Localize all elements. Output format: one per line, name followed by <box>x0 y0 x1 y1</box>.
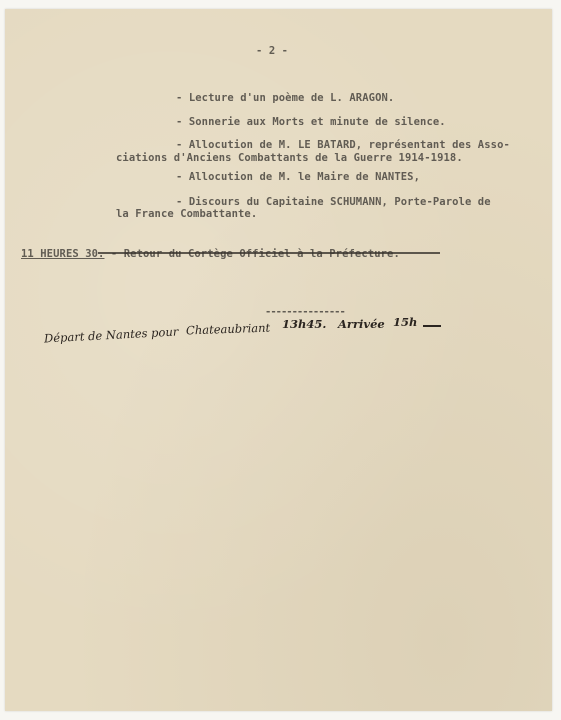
time-entry-text: - Retour du Cortège Officiel à la Préfec… <box>104 248 399 260</box>
handwritten-destination: Chateaubriant <box>186 321 271 338</box>
program-item-continued: la France Combattante. <box>116 208 257 220</box>
handwritten-depart-time: 13h45. <box>282 317 326 331</box>
program-item-continued: ciations d'Anciens Combattants de la Gue… <box>116 152 463 164</box>
handwritten-dash <box>423 325 441 327</box>
program-item: - Allocution de M. le Maire de NANTES, <box>176 171 420 183</box>
page-number: - 2 - <box>256 45 288 57</box>
document-page <box>5 9 552 711</box>
program-item: - Discours du Capitaine SCHUMANN, Porte-… <box>176 196 491 208</box>
handwritten-arrival-time: 15h <box>393 315 417 329</box>
time-entry: 11 HEURES 30. - Retour du Cortège Offici… <box>21 248 400 260</box>
strikethrough-line <box>98 252 440 254</box>
handwritten-arrival-label: Arrivée <box>338 317 385 331</box>
program-item: - Lecture d'un poème de L. ARAGON. <box>176 92 394 104</box>
time-entry-time: 11 HEURES 30. <box>21 248 104 260</box>
program-item: - Allocution de M. LE BATARD, représenta… <box>176 139 510 151</box>
program-item: - Sonnerie aux Morts et minute de silenc… <box>176 116 446 128</box>
